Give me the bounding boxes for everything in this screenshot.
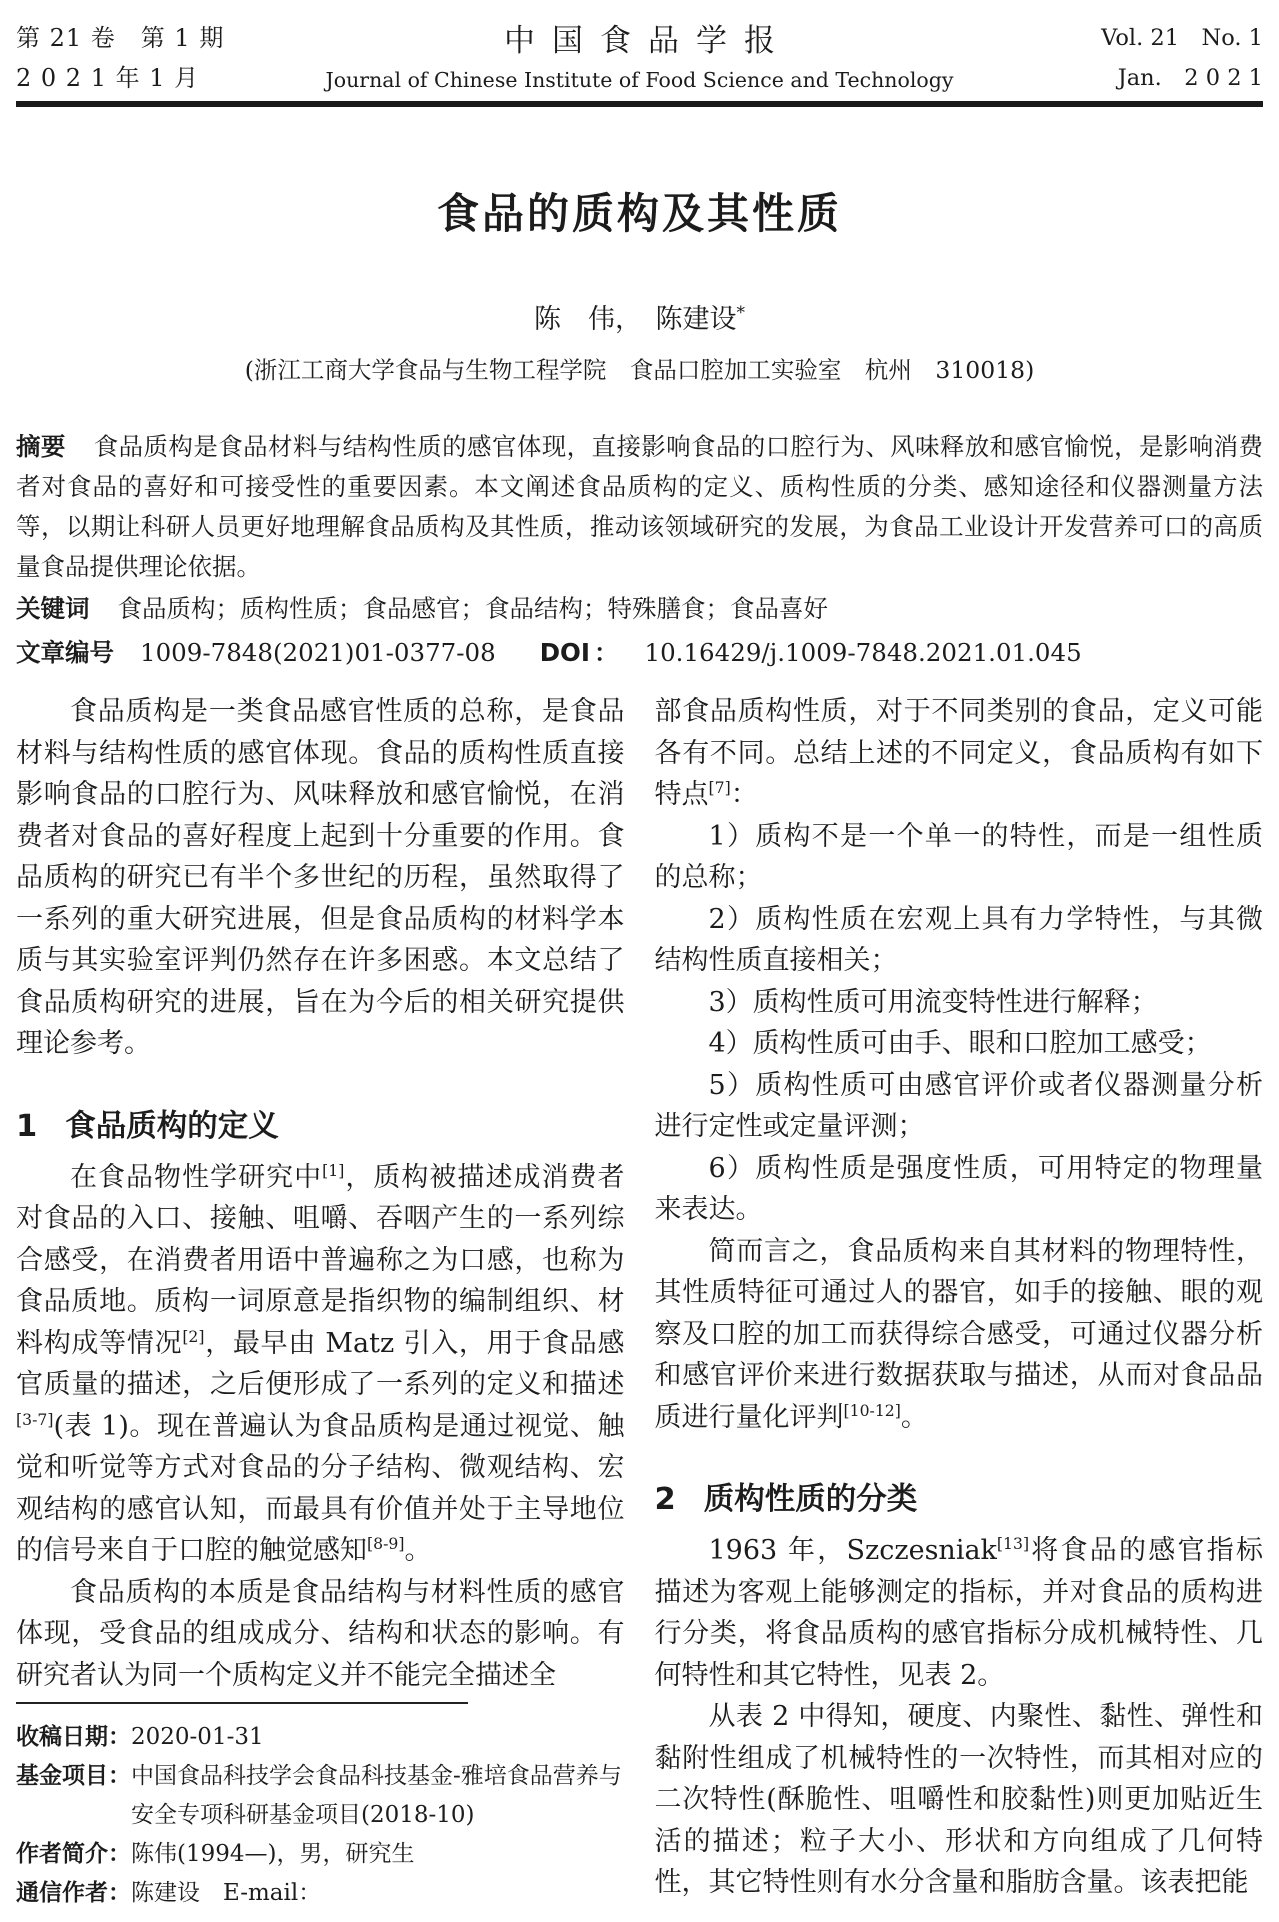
doi-label: DOI <box>540 638 590 667</box>
right-column: 部食品质构性质，对于不同类别的食品，定义可能各有不同。总结上述的不同定义，食品质… <box>655 691 1264 1904</box>
corresponding-author-mark: * <box>737 303 746 323</box>
article-number-line: 文章编号1009-7848(2021)01-0377-08DOI：10.1642… <box>16 631 1263 675</box>
volume-issue-cn: 第 21 卷 第 1 期 <box>16 18 296 58</box>
section-2-paragraph-2: 从表 2 中得知，硬度、内聚性、黏性、弹性和黏附性组成了机械特性的一次特性，而其… <box>655 1696 1264 1904</box>
article-number-label: 文章编号 <box>16 638 114 667</box>
texture-point-4: 4）质构性质可由手、眼和口腔加工感受； <box>655 1023 1264 1065</box>
section-2-heading: 2质构性质的分类 <box>655 1474 1264 1518</box>
section-2-title: 质构性质的分类 <box>704 1482 918 1517</box>
texture-point-2: 2）质构性质在宏观上具有力学特性，与其微结构性质直接相关； <box>655 899 1264 982</box>
journal-page: 第 21 卷 第 1 期 2 0 2 1 年 1 月 中国食品学报 Journa… <box>0 0 1279 1922</box>
footnote-rows: 收稿日期： 2020-01-31 基金项目： 中国食品科技学会食品科技基金-雅培… <box>16 1718 632 1913</box>
section-1-title: 食品质构的定义 <box>65 1109 279 1144</box>
keywords-text: 食品质构；质构性质；食品感官；食品结构；特殊膳食；食品喜好 <box>118 594 829 623</box>
texture-point-6: 6）质构性质是强度性质，可用特定的物理量来表达。 <box>655 1148 1264 1231</box>
author-bio-label: 作者简介： <box>16 1835 131 1874</box>
section-2-paragraph-1: 1963 年，Szczesniak[13]将食品的感官指标描述为客观上能够测定的… <box>655 1530 1264 1696</box>
affiliation: (浙江工商大学食品与生物工程学院 食品口腔加工实验室 杭州 310018) <box>16 351 1263 385</box>
journal-name-en: Journal of Chinese Institute of Food Sci… <box>296 64 983 96</box>
article-number-value: 1009-7848(2021)01-0377-08 <box>140 638 496 667</box>
corresponding-author-value: 陈建设 E-mail： <box>131 1874 632 1913</box>
intro-paragraph: 食品质构是一类食品感官性质的总称，是食品材料与结构性质的感官体现。食品的质构性质… <box>16 691 625 1065</box>
funding-row: 基金项目： 中国食品科技学会食品科技基金-雅培食品营养与安全专项科研基金项目(2… <box>16 1757 632 1835</box>
masthead-right: Vol. 21 No. 1 Jan. 2 0 2 1 <box>983 18 1263 98</box>
funding-value: 中国食品科技学会食品科技基金-雅培食品营养与安全专项科研基金项目(2018-10… <box>131 1757 632 1835</box>
section-1-paragraph-1: 在食品物性学研究中[1]，质构被描述成消费者对食品的入口、接触、咀嚼、吞咽产生的… <box>16 1157 625 1572</box>
abstract-text: 食品质构是食品材料与结构性质的感官体现，直接影响食品的口腔行为、风味释放和感官愉… <box>16 432 1263 581</box>
texture-point-3: 3）质构性质可用流变特性进行解释； <box>655 982 1264 1024</box>
continued-paragraph: 部食品质构性质，对于不同类别的食品，定义可能各有不同。总结上述的不同定义，食品质… <box>655 691 1264 816</box>
date-en: Jan. 2 0 2 1 <box>983 58 1263 98</box>
texture-point-1: 1）质构不是一个单一的特性，而是一组性质的总称； <box>655 816 1264 899</box>
author-bio-value: 陈伟(1994—)，男，研究生 <box>131 1835 632 1874</box>
doi-colon: ： <box>594 638 619 667</box>
texture-point-5: 5）质构性质可由感官评价或者仪器测量分析进行定性或定量评测； <box>655 1065 1264 1148</box>
footnote-divider <box>16 1702 468 1704</box>
received-date-row: 收稿日期： 2020-01-31 <box>16 1718 632 1757</box>
masthead-center: 中国食品学报 Journal of Chinese Institute of F… <box>296 18 983 98</box>
summary-paragraph: 简而言之，食品质构来自其材料的物理特性，其性质特征可通过人的器官，如手的接触、眼… <box>655 1231 1264 1439</box>
received-date-label: 收稿日期： <box>16 1718 131 1757</box>
section-1-paragraph-2: 食品质构的本质是食品结构与材料性质的感官体现，受食品的组成成分、结构和状态的影响… <box>16 1572 625 1697</box>
author-names: 陈 伟， 陈建设 <box>534 304 737 335</box>
date-cn: 2 0 2 1 年 1 月 <box>16 58 296 98</box>
keywords-label: 关键词 <box>16 594 90 623</box>
section-1-heading: 1食品质构的定义 <box>16 1101 625 1145</box>
masthead-left: 第 21 卷 第 1 期 2 0 2 1 年 1 月 <box>16 18 296 98</box>
masthead-divider <box>16 101 1263 107</box>
corresponding-author-row: 通信作者： 陈建设 E-mail： <box>16 1874 632 1913</box>
journal-name-cn: 中国食品学报 <box>296 18 983 64</box>
author-bio-row: 作者简介： 陈伟(1994—)，男，研究生 <box>16 1835 632 1874</box>
corresponding-author-label: 通信作者： <box>16 1874 131 1913</box>
journal-masthead: 第 21 卷 第 1 期 2 0 2 1 年 1 月 中国食品学报 Journa… <box>16 0 1263 98</box>
authors-line: 陈 伟， 陈建设* <box>16 297 1263 336</box>
doi-value: 10.16429/j.1009-7848.2021.01.045 <box>645 638 1082 667</box>
keywords-line: 关键词食品质构；质构性质；食品感官；食品结构；特殊膳食；食品喜好 <box>16 587 1263 631</box>
abstract-label: 摘要 <box>16 432 66 461</box>
abstract-block: 摘要食品质构是食品材料与结构性质的感官体现，直接影响食品的口腔行为、风味释放和感… <box>16 427 1263 587</box>
received-date-value: 2020-01-31 <box>131 1718 632 1757</box>
section-1-number: 1 <box>16 1109 37 1144</box>
section-2-number: 2 <box>655 1482 676 1517</box>
footnote-block: 收稿日期： 2020-01-31 基金项目： 中国食品科技学会食品科技基金-雅培… <box>16 1702 632 1913</box>
article-title: 食品的质构及其性质 <box>16 181 1263 241</box>
volume-issue-en: Vol. 21 No. 1 <box>983 18 1263 58</box>
funding-label: 基金项目： <box>16 1757 131 1835</box>
